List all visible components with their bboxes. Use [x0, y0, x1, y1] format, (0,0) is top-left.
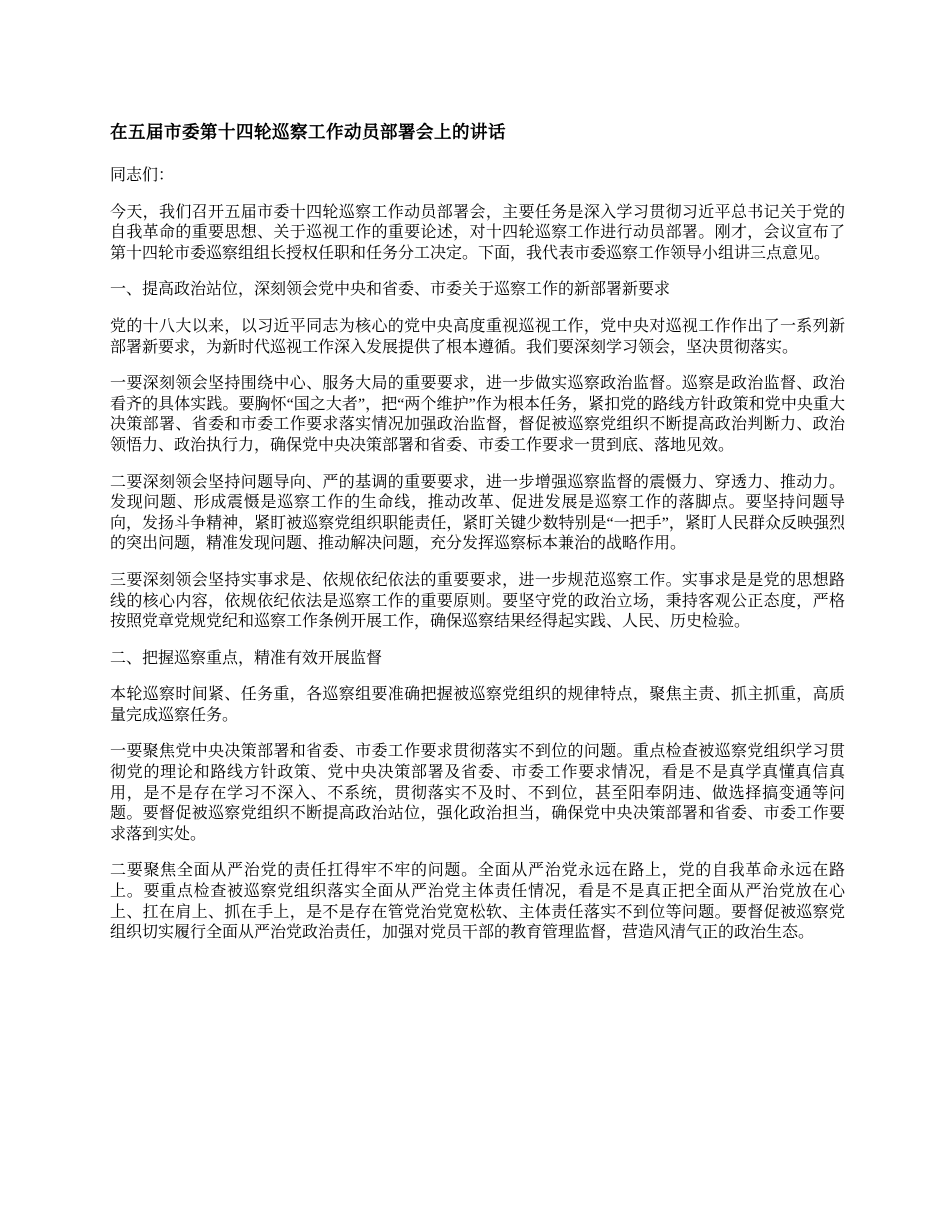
paragraph-intro: 今天，我们召开五届市委十四轮巡察工作动员部署会，主要任务是深入学习贯彻习近平总书…	[110, 203, 845, 265]
paragraph-section2-lead: 本轮巡察时间紧、任务重，各巡察组要准确把握被巡察党组织的规律特点，聚焦主责、抓主…	[110, 685, 845, 726]
section-heading-1: 一、提高政治站位，深刻领会党中央和省委、市委关于巡察工作的新部署新要求	[110, 280, 845, 301]
section-heading-2: 二、把握巡察重点，精准有效开展监督	[110, 649, 845, 670]
paragraph-section1-point1: 一要深刻领会坚持围绕中心、服务大局的重要要求，进一步做实巡察政治监督。巡察是政治…	[110, 374, 845, 456]
paragraph-section1-point2: 二要深刻领会坚持问题导向、严的基调的重要要求，进一步增强巡察监督的震慑力、穿透力…	[110, 473, 845, 555]
document-page: 在五届市委第十四轮巡察工作动员部署会上的讲话 同志们： 今天，我们召开五届市委十…	[0, 0, 950, 1230]
salutation: 同志们：	[110, 166, 845, 187]
paragraph-section1-point3: 三要深刻领会坚持实事求是、依规依纪依法的重要要求，进一步规范巡察工作。实事求是是…	[110, 571, 845, 633]
paragraph-section2-point2: 二要聚焦全面从严治党的责任扛得牢不牢的问题。全面从严治党永远在路上，党的自我革命…	[110, 861, 845, 943]
paragraph-section2-point1: 一要聚焦党中央决策部署和省委、市委工作要求贯彻落实不到位的问题。重点检查被巡察党…	[110, 742, 845, 845]
document-title: 在五届市委第十四轮巡察工作动员部署会上的讲话	[110, 121, 845, 143]
paragraph-section1-lead: 党的十八大以来，以习近平同志为核心的党中央高度重视巡视工作，党中央对巡视工作作出…	[110, 317, 845, 358]
